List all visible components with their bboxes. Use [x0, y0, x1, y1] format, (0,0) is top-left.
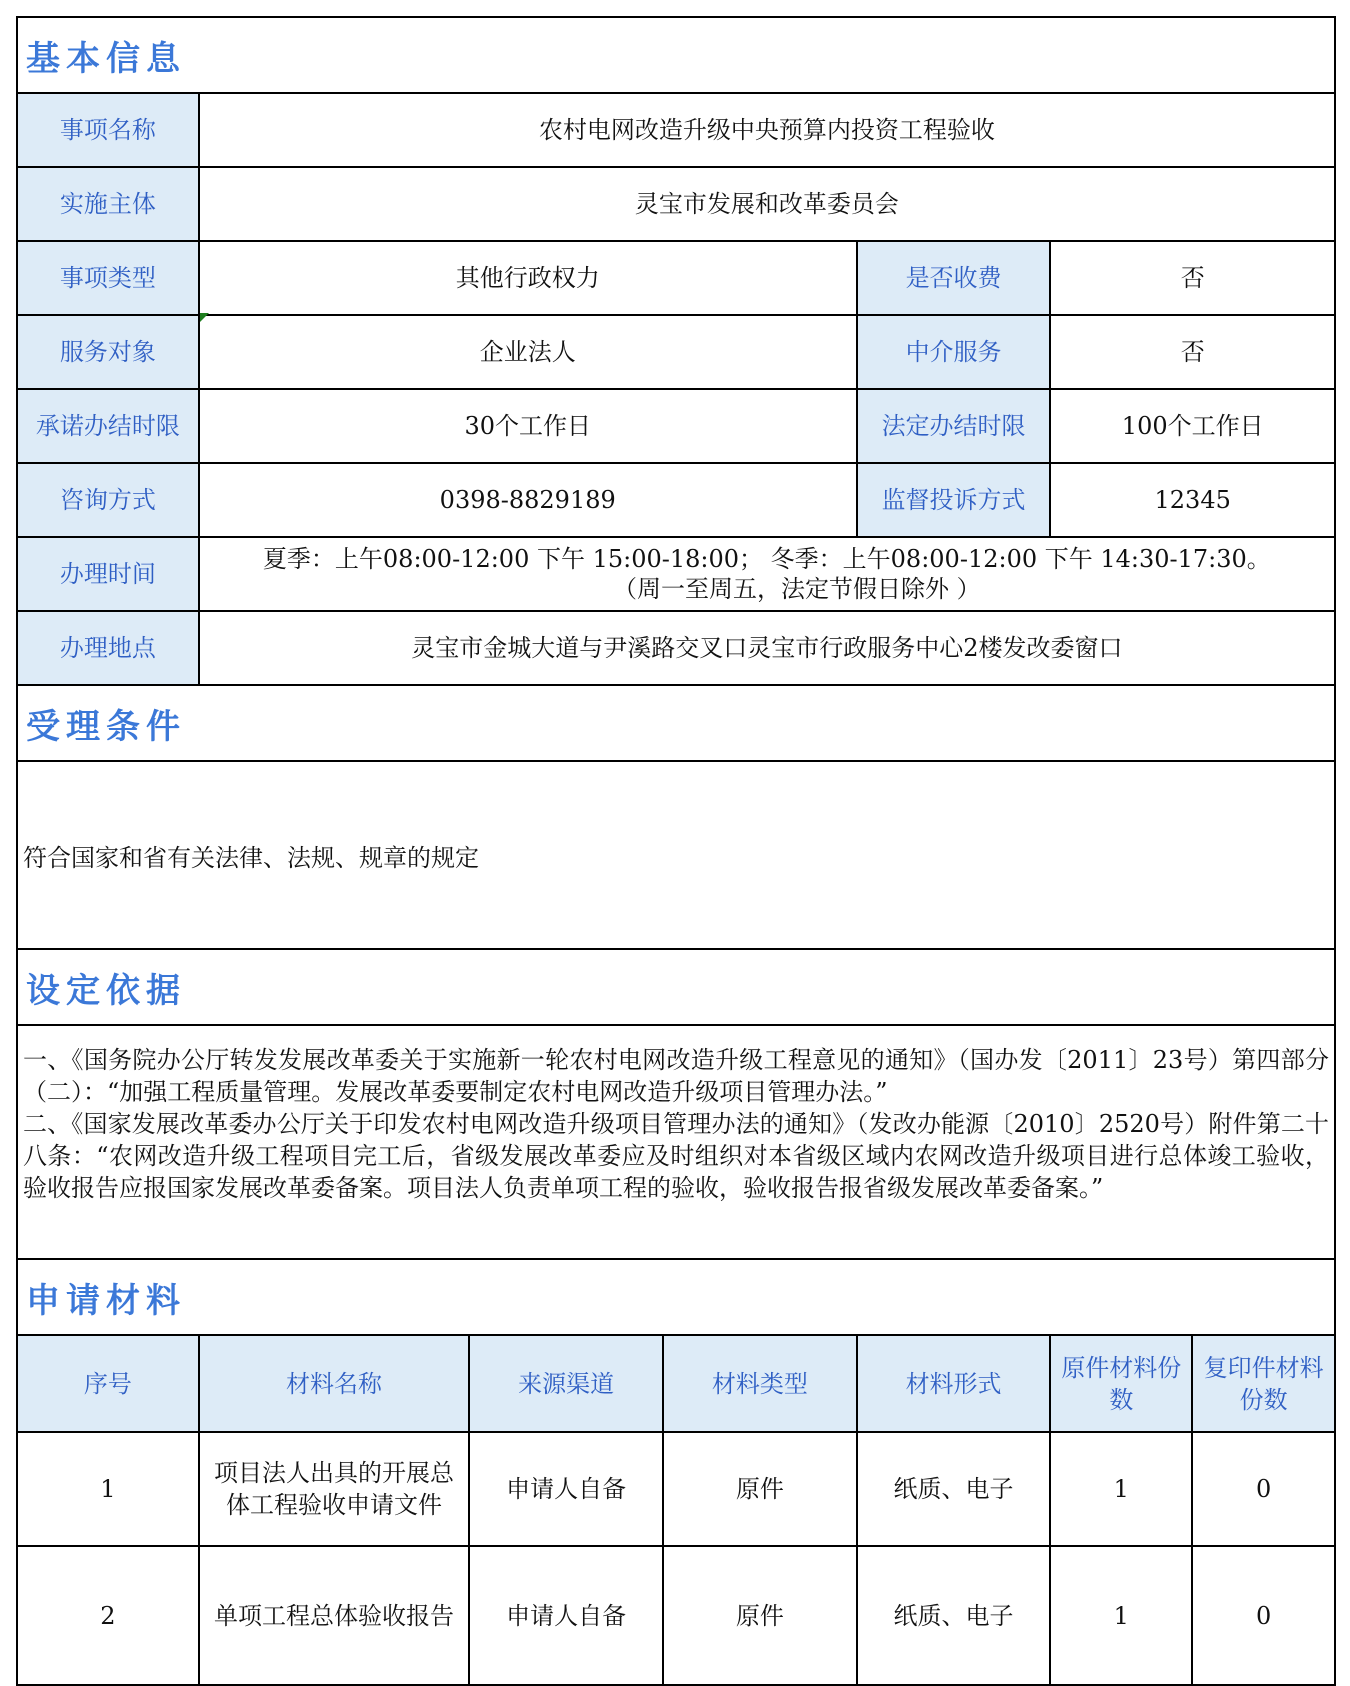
value-implementing-body: 灵宝市发展和改革委员会 — [200, 168, 1334, 240]
value-complaint-phone: 12345 — [1051, 464, 1334, 536]
value-item-type: 其他行政权力 — [200, 242, 858, 314]
section-title-basic-info: 基本信息 — [18, 18, 186, 92]
label-consult: 咨询方式 — [18, 464, 200, 536]
section-basis-header: 设定依据 — [18, 950, 1334, 1026]
cell-comment-marker-icon[interactable] — [200, 313, 209, 322]
label-promised-limit: 承诺办结时限 — [18, 390, 200, 462]
col-header-copy-count: 复印件材料份数 — [1193, 1336, 1334, 1431]
row-service-target: 服务对象 企业法人 中介服务 否 — [18, 316, 1334, 390]
cell-copy-count: 0 — [1193, 1547, 1334, 1684]
cell-source: 申请人自备 — [470, 1433, 664, 1545]
table-row: 1 项目法人出具的开展总体工程验收申请文件 申请人自备 原件 纸质、电子 1 0 — [18, 1433, 1334, 1547]
cell-index: 2 — [18, 1547, 200, 1684]
hours-line-1: 夏季：上午08:00-12:00 下午 15:00-18:00； 冬季：上午08… — [263, 544, 1271, 574]
row-location: 办理地点 灵宝市金城大道与尹溪路交叉口灵宝市行政服务中心2楼发改委窗口 — [18, 612, 1334, 686]
col-header-type: 材料类型 — [664, 1336, 858, 1431]
row-implementing-body: 实施主体 灵宝市发展和改革委员会 — [18, 168, 1334, 242]
value-hours: 夏季：上午08:00-12:00 下午 15:00-18:00； 冬季：上午08… — [200, 538, 1334, 610]
materials-table-header: 序号 材料名称 来源渠道 材料类型 材料形式 原件材料份数 复印件材料份数 — [18, 1336, 1334, 1433]
label-service-target: 服务对象 — [18, 316, 200, 388]
cell-name: 项目法人出具的开展总体工程验收申请文件 — [200, 1433, 471, 1545]
section-title-materials: 申请材料 — [18, 1260, 186, 1334]
section-materials-header: 申请材料 — [18, 1260, 1334, 1336]
row-item-type: 事项类型 其他行政权力 是否收费 否 — [18, 242, 1334, 316]
value-consult-phone: 0398-8829189 — [200, 464, 858, 536]
value-location: 灵宝市金城大道与尹溪路交叉口灵宝市行政服务中心2楼发改委窗口 — [200, 612, 1334, 684]
row-time-limit: 承诺办结时限 30个工作日 法定办结时限 100个工作日 — [18, 390, 1334, 464]
label-hours: 办理时间 — [18, 538, 200, 610]
value-promised-limit: 30个工作日 — [200, 390, 858, 462]
cell-copy-count: 0 — [1193, 1433, 1334, 1545]
section-title-conditions: 受理条件 — [18, 686, 186, 760]
value-legal-limit: 100个工作日 — [1051, 390, 1334, 462]
table-row: 2 单项工程总体验收报告 申请人自备 原件 纸质、电子 1 0 — [18, 1547, 1334, 1684]
col-header-index: 序号 — [18, 1336, 200, 1431]
label-item-type: 事项类型 — [18, 242, 200, 314]
label-implementing-body: 实施主体 — [18, 168, 200, 240]
label-legal-limit: 法定办结时限 — [858, 390, 1052, 462]
section-conditions-header: 受理条件 — [18, 686, 1334, 762]
cell-type: 原件 — [664, 1547, 858, 1684]
value-service-target: 企业法人 — [200, 316, 858, 388]
cell-form: 纸质、电子 — [858, 1547, 1052, 1684]
value-intermediary: 否 — [1051, 316, 1334, 388]
cell-index: 1 — [18, 1433, 200, 1545]
value-item-name: 农村电网改造升级中央预算内投资工程验收 — [200, 94, 1334, 166]
value-charge: 否 — [1051, 242, 1334, 314]
cell-original-count: 1 — [1051, 1433, 1193, 1545]
label-item-name: 事项名称 — [18, 94, 200, 166]
col-header-name: 材料名称 — [200, 1336, 471, 1431]
cell-original-count: 1 — [1051, 1547, 1193, 1684]
section-basic-info-header: 基本信息 — [18, 18, 1334, 94]
basis-paragraph-1: 一、《国务院办公厅转发发展改革委关于实施新一轮农村电网改造升级工程意见的通知》（… — [23, 1044, 1329, 1108]
hours-line-2: （周一至周五，法定节假日除外 ） — [553, 574, 981, 604]
col-header-form: 材料形式 — [858, 1336, 1052, 1431]
conditions-text: 符合国家和省有关法律、法规、规章的规定 — [18, 762, 479, 948]
row-item-name: 事项名称 农村电网改造升级中央预算内投资工程验收 — [18, 94, 1334, 168]
cell-type: 原件 — [664, 1433, 858, 1545]
label-charge: 是否收费 — [858, 242, 1052, 314]
conditions-content-row: 符合国家和省有关法律、法规、规章的规定 — [18, 762, 1334, 950]
basis-text: 一、《国务院办公厅转发发展改革委关于实施新一轮农村电网改造升级工程意见的通知》（… — [18, 1026, 1334, 1258]
basis-content-row: 一、《国务院办公厅转发发展改革委关于实施新一轮农村电网改造升级工程意见的通知》（… — [18, 1026, 1334, 1260]
section-title-basis: 设定依据 — [18, 950, 186, 1024]
col-header-original-count: 原件材料份数 — [1051, 1336, 1193, 1431]
cell-name: 单项工程总体验收报告 — [200, 1547, 471, 1684]
cell-form: 纸质、电子 — [858, 1433, 1052, 1545]
cell-source: 申请人自备 — [470, 1547, 664, 1684]
label-location: 办理地点 — [18, 612, 200, 684]
row-consult: 咨询方式 0398-8829189 监督投诉方式 12345 — [18, 464, 1334, 538]
row-hours: 办理时间 夏季：上午08:00-12:00 下午 15:00-18:00； 冬季… — [18, 538, 1334, 612]
basis-paragraph-2: 二、《国家发展改革委办公厅关于印发农村电网改造升级项目管理办法的通知》（发改办能… — [23, 1108, 1329, 1204]
label-intermediary: 中介服务 — [858, 316, 1052, 388]
service-item-sheet: 基本信息 事项名称 农村电网改造升级中央预算内投资工程验收 实施主体 灵宝市发展… — [16, 16, 1336, 1686]
label-complaint: 监督投诉方式 — [858, 464, 1052, 536]
col-header-source: 来源渠道 — [470, 1336, 664, 1431]
